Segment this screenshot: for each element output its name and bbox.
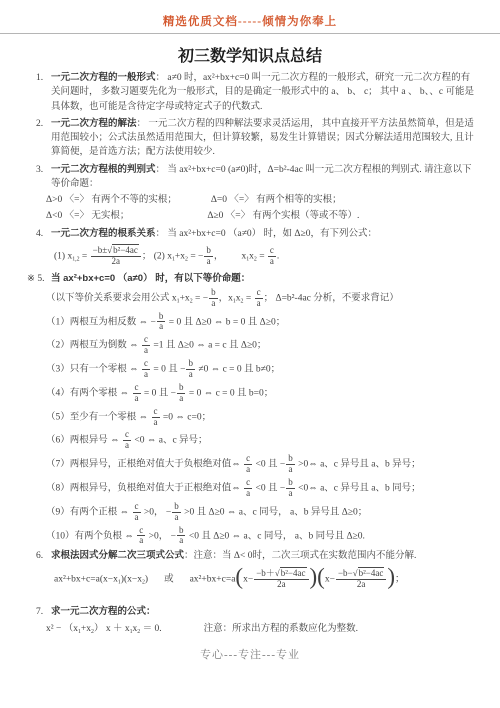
item-number: ※ 5. — [27, 272, 51, 286]
equiv-2: （2）两根互为倒数 ⇔ ca =1 且 Δ≥0 ⇔ a = c 且 Δ≥0； — [36, 335, 476, 356]
fraction: ba — [204, 246, 213, 267]
line-content: ax²+bx+c=a(x−x1)(x−x2)或ax²+bx+c=a(x−−b＋√… — [54, 569, 476, 590]
bold-label: 一元二次方程根的判别式 — [51, 164, 156, 175]
item-5-note: （以下等价关系要求会用公式 x1+x2 = −ba，x1x2 = ca； Δ=b… — [36, 288, 476, 309]
equiv-1: （1）两根互为相反数 ⇔ −ba = 0 且 Δ≥0 ⇔ b = 0 且 Δ≥0… — [36, 312, 476, 333]
line-content: 当 ax²+bx+c=0 （a≠0） 时，有以下等价命题： — [51, 272, 476, 286]
fraction: ca — [268, 246, 276, 267]
fraction: ca — [133, 383, 141, 404]
fraction: ba — [172, 502, 181, 523]
square-root: √b²−4ac — [353, 567, 385, 578]
page-title: 初三数学知识点总结 — [0, 43, 500, 66]
square-root: √b²−4ac — [275, 567, 307, 578]
item-3: 3.一元二次方程根的判别式： 当 ax²+bx+c=0 (a≠0)时，Δ=b²-… — [36, 163, 476, 192]
fraction: −b−√b²−4ac2a — [336, 569, 386, 590]
line-content: 一元二次方程的一般形式： a≠0 时，ax²+bx+c=0 叫一元二次方程的一般… — [51, 71, 476, 114]
bold-label: 一元二次方程的解法 — [51, 118, 137, 129]
line-content: Δ<0 〈=〉 无实根；Δ≥0 〈=〉 有两个实根（等或不等）. — [46, 209, 476, 223]
equiv-4: （4）有两个零根 ⇔ ca = 0 且 −ba = 0 ⇔ c = 0 且 b=… — [36, 383, 476, 404]
fraction: ba — [177, 383, 186, 404]
document-page: 精选优质文档-----倾情为你奉上 初三数学知识点总结 1.一元二次方程的一般形… — [0, 0, 500, 708]
equiv-5: （5）至少有一个零根 ⇔ ca =0 ⇔ c=0； — [36, 407, 476, 428]
fraction: ca — [152, 407, 160, 428]
bold-label: 求一元二次方程的公式： — [51, 606, 156, 617]
doc-footer: 专心---专注---专业 — [0, 646, 500, 662]
item-number: 7. — [36, 605, 51, 619]
item-number: 1. — [36, 71, 51, 85]
header-text: 精选优质文档-----倾情为你奉上 — [163, 16, 337, 28]
item-2: 2.一元二次方程的解法： 一元二次方程的四种解法要求灵活运用， 其中直接开平方法… — [36, 117, 476, 160]
line-content: （1）两根互为相反数 ⇔ −ba = 0 且 Δ≥0 ⇔ b = 0 且 Δ≥0… — [46, 312, 476, 333]
equiv-6: （6）两根异号 ⇔ ca <0 ⇔ a、c 异号； — [36, 430, 476, 451]
line-content: Δ>0 〈=〉 有两个不等的实根；Δ=0 〈=〉 有两个相等的实根； — [46, 193, 476, 207]
fraction: ba — [286, 454, 295, 475]
header-divider — [0, 33, 500, 34]
line-content: （5）至少有一个零根 ⇔ ca =0 ⇔ c=0； — [46, 407, 476, 428]
fraction: ba — [209, 288, 218, 309]
bold-label: 一元二次方程的一般形式 — [51, 72, 156, 83]
fraction: ca — [123, 430, 131, 451]
line-content: （3）只有一个零根 ⇔ ca = 0 且 −ba ≠0 ⇔ c = 0 且 b≠… — [46, 359, 476, 380]
fraction: ba — [286, 478, 295, 499]
fraction: −b＋√b²−4ac2a — [254, 569, 308, 590]
fraction: ca — [244, 454, 252, 475]
line-content: （9）有两个正根 ⇔ ca >0， −ba >0 且 Δ≥0 ⇔ a、c 同号，… — [46, 502, 476, 523]
equiv-7: （7）两根异号，正根绝对值大于负根绝对值⇔ ca <0 且 −ba >0⇔ a、… — [36, 454, 476, 475]
big-paren: ( — [317, 564, 325, 589]
item-3-equiv-row-2: Δ<0 〈=〉 无实根；Δ≥0 〈=〉 有两个实根（等或不等）. — [36, 209, 476, 223]
equiv-8: （8）两根异号，负根绝对值大于正根绝对值⇔ ca <0 且 −ba <0⇔ a、… — [36, 478, 476, 499]
fraction: ba — [177, 526, 186, 547]
doc-header-banner: 精选优质文档-----倾情为你奉上 — [0, 0, 500, 29]
fraction: ca — [244, 478, 252, 499]
fraction: ca — [142, 359, 150, 380]
item-number: 3. — [36, 163, 51, 177]
fraction: −b±√b²−4ac2a — [91, 246, 141, 267]
item-4: 4.一元二次方程的根系关系： 当 ax²+bx+c=0 （a≠0） 时，如 Δ≥… — [36, 227, 476, 241]
fraction: ca — [142, 335, 150, 356]
line-content: （4）有两个零根 ⇔ ca = 0 且 −ba = 0 ⇔ c = 0 且 b=… — [46, 383, 476, 404]
fraction: ca — [133, 502, 141, 523]
item-7-formula: x² − （x1+x2） x ＋ x1x2 ＝ 0.注意：所求出方程的系数应化为… — [36, 622, 476, 636]
item-5: ※ 5.当 ax²+bx+c=0 （a≠0） 时，有以下等价命题： — [27, 272, 476, 286]
item-number: 2. — [36, 117, 51, 131]
line-content: 求一元二次方程的公式： — [51, 605, 476, 619]
bold-label: 当 ax²+bx+c=0 （a≠0） 时，有以下等价命题： — [51, 273, 250, 284]
line-content: （2）两根互为倒数 ⇔ ca =1 且 Δ≥0 ⇔ a = c 且 Δ≥0； — [46, 335, 476, 356]
line-content: （6）两根异号 ⇔ ca <0 ⇔ a、c 异号； — [46, 430, 476, 451]
equiv-10: （10）有两个负根 ⇔ ca >0， −ba <0 且 Δ≥0 ⇔ a、c 同号… — [36, 526, 476, 547]
item-number: 6. — [36, 549, 51, 563]
bold-label: 一元二次方程的根系关系 — [51, 228, 156, 239]
fraction: ca — [137, 526, 145, 547]
big-paren: ) — [387, 564, 395, 589]
equiv-3: （3）只有一个零根 ⇔ ca = 0 且 −ba ≠0 ⇔ c = 0 且 b≠… — [36, 359, 476, 380]
item-number: 4. — [36, 227, 51, 241]
item-4-formulas: (1) x1,2 = −b±√b²−4ac2a； (2) x1+x2 = −ba… — [54, 246, 476, 267]
item-6: 6.求根法因式分解二次三项式公式：注意：当 Δ< 0时，二次三项式在实数范围内不… — [36, 549, 476, 563]
line-content: 求根法因式分解二次三项式公式：注意：当 Δ< 0时，二次三项式在实数范围内不能分… — [51, 549, 476, 563]
item-7: 7.求一元二次方程的公式： — [36, 605, 476, 619]
big-paren: ( — [235, 564, 243, 589]
equiv-9: （9）有两个正根 ⇔ ca >0， −ba >0 且 Δ≥0 ⇔ a、c 同号，… — [36, 502, 476, 523]
bold-label: 求根法因式分解二次三项式公式 — [51, 550, 184, 561]
line-content: 一元二次方程根的判别式： 当 ax²+bx+c=0 (a≠0)时，Δ=b²-4a… — [51, 163, 476, 192]
square-root: √b²−4ac — [107, 244, 139, 255]
line-content: (1) x1,2 = −b±√b²−4ac2a； (2) x1+x2 = −ba… — [54, 246, 476, 267]
line-content: 一元二次方程的解法： 一元二次方程的四种解法要求灵活运用， 其中直接开平方法虽然… — [51, 117, 476, 160]
fraction: ca — [255, 288, 263, 309]
item-3-equiv-row-1: Δ>0 〈=〉 有两个不等的实根；Δ=0 〈=〉 有两个相等的实根； — [36, 193, 476, 207]
line-content: （10）有两个负根 ⇔ ca >0， −ba <0 且 Δ≥0 ⇔ a、c 同号… — [46, 526, 476, 547]
line-content: x² − （x1+x2） x ＋ x1x2 ＝ 0.注意：所求出方程的系数应化为… — [46, 622, 476, 636]
item-1: 1.一元二次方程的一般形式： a≠0 时，ax²+bx+c=0 叫一元二次方程的… — [36, 71, 476, 114]
line-content: （7）两根异号，正根绝对值大于负根绝对值⇔ ca <0 且 −ba >0⇔ a、… — [46, 454, 476, 475]
item-6-formula: ax²+bx+c=a(x−x1)(x−x2)或ax²+bx+c=a(x−−b＋√… — [54, 569, 476, 590]
doc-body: 1.一元二次方程的一般形式： a≠0 时，ax²+bx+c=0 叫一元二次方程的… — [0, 71, 500, 636]
fraction: ba — [186, 359, 195, 380]
line-content: （8）两根异号，负根绝对值大于正根绝对值⇔ ca <0 且 −ba <0⇔ a、… — [46, 478, 476, 499]
fraction: ba — [157, 312, 166, 333]
line-content: （以下等价关系要求会用公式 x1+x2 = −ba，x1x2 = ca； Δ=b… — [46, 288, 476, 309]
line-content: 一元二次方程的根系关系： 当 ax²+bx+c=0 （a≠0） 时，如 Δ≥0，… — [51, 227, 476, 241]
